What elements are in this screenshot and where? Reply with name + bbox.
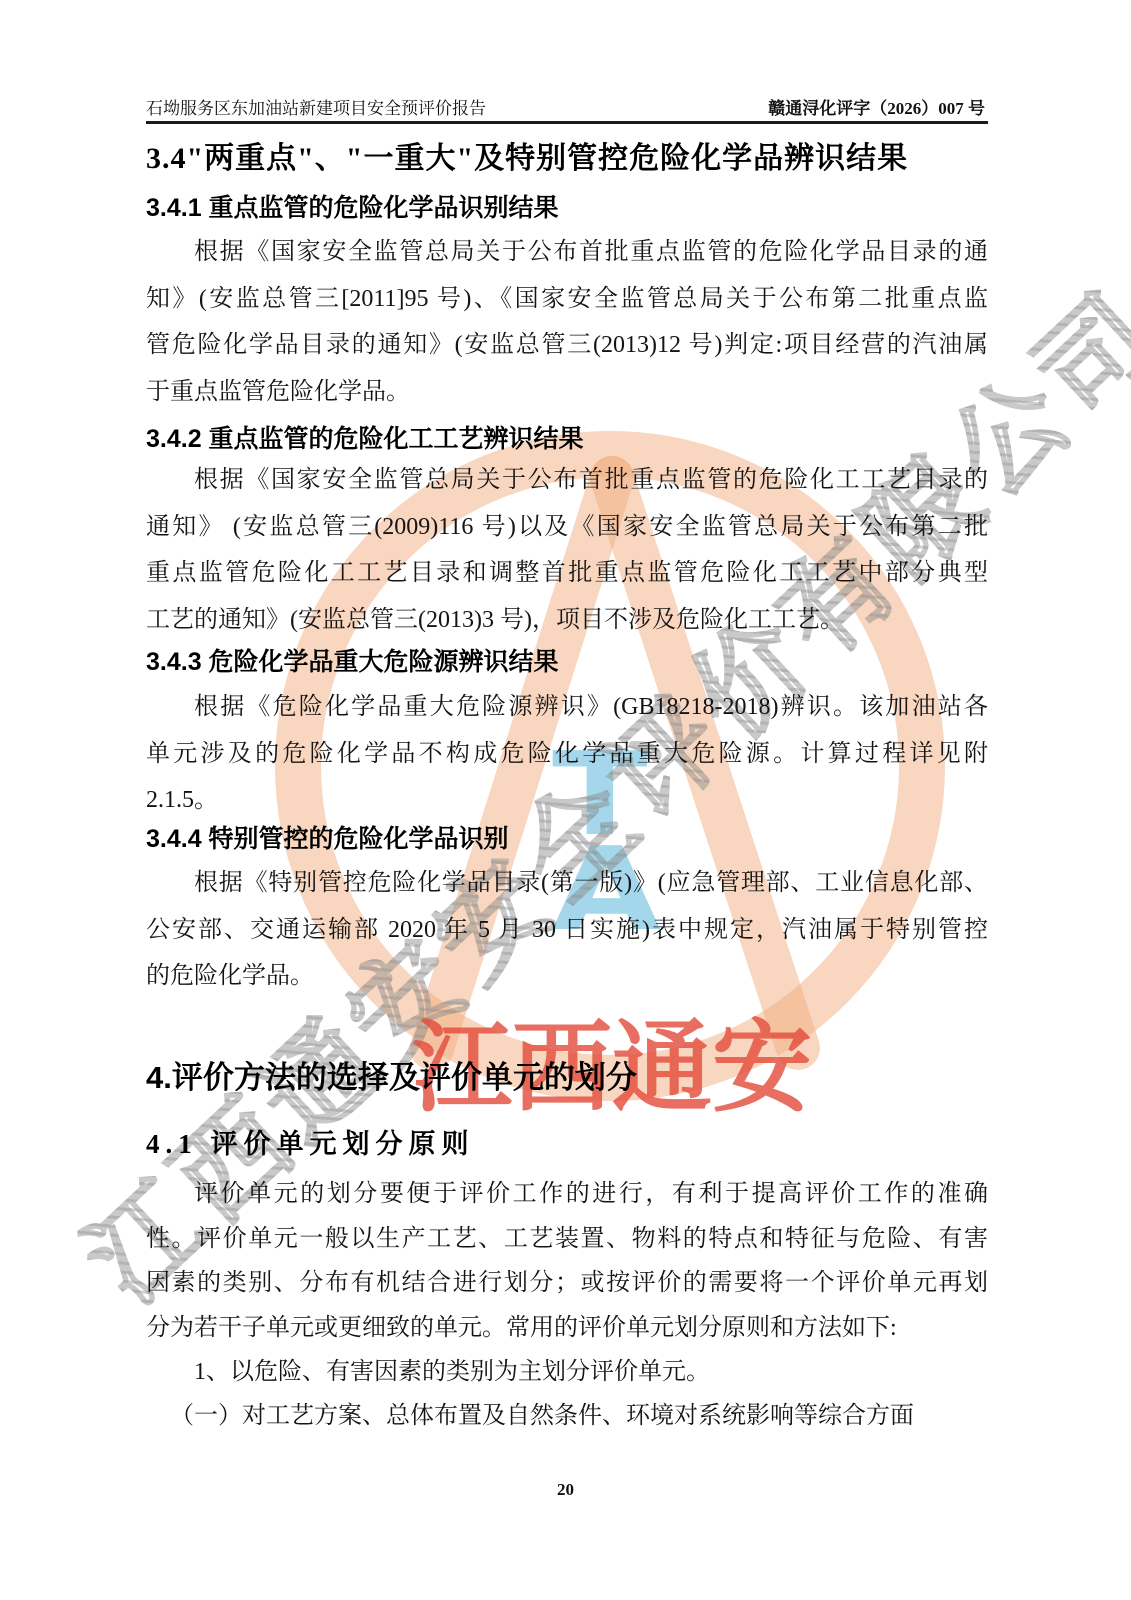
section-3-4-3-paragraph: 根据《危险化学品重大危险源辨识》(GB18218-2018)辨识。该加油站各单元… bbox=[146, 684, 988, 824]
section-4-1-title: 4.1 评价单元划分原则 bbox=[146, 1126, 475, 1162]
text-line: 性。评价单元一般以生产工艺、工艺装置、物料的特点和特征与危险、有害 bbox=[146, 1217, 988, 1262]
text-line: 公安部、交通运输部 2020 年 5 月 30 日实施)表中规定，汽油属于特别管… bbox=[146, 907, 988, 954]
text-line: 通知》 (安监总管三(2009)116 号)以及《国家安全监管总局关于公布第二批 bbox=[146, 504, 988, 551]
section-3-4-4-title: 3.4.4 特别管控的危险化学品识别 bbox=[146, 823, 509, 855]
text-line: 评价单元的划分要便于评价工作的进行，有利于提高评价工作的准确 bbox=[146, 1172, 988, 1217]
text-line: 管危险化学品目录的通知》(安监总管三(2013)12 号)判定:项目经营的汽油属 bbox=[146, 322, 988, 369]
text-line: 根据《国家安全监管总局关于公布首批重点监管的危险化学品目录的通 bbox=[146, 229, 988, 276]
section-3-4-2-title: 3.4.2 重点监管的危险化工工艺辨识结果 bbox=[146, 423, 584, 455]
section-3-4-3-title: 3.4.3 危险化学品重大危险源辨识结果 bbox=[146, 646, 559, 678]
text-line: 重点监管危险化工工艺目录和调整首批重点监管危险化工工艺中部分典型 bbox=[146, 550, 988, 597]
section-4-1-list-item-2: （一）对工艺方案、总体布置及自然条件、环境对系统影响等综合方面 bbox=[146, 1396, 988, 1436]
text-line: 2.1.5。 bbox=[146, 777, 988, 824]
text-line: 工艺的通知》(安监总管三(2013)3 号)，项目不涉及危险化工工艺。 bbox=[146, 597, 988, 644]
section-3-4-1-title: 3.4.1 重点监管的危险化学品识别结果 bbox=[146, 192, 559, 224]
section-4-1-list-item-1: 1、以危险、有害因素的类别为主划分评价单元。 bbox=[146, 1352, 988, 1392]
report-page: T A 江西通安安全评价有限公司 江西通安 石坳服务区东加油站新建项目安全预评价… bbox=[0, 0, 1131, 1600]
section-3-4-title: 3.4"两重点"、"一重大"及特别管控危险化学品辨识结果 bbox=[146, 140, 908, 178]
page-number: 20 bbox=[0, 1480, 1131, 1500]
section-3-4-2-paragraph: 根据《国家安全监管总局关于公布首批重点监管的危险化工工艺目录的通知》 (安监总管… bbox=[146, 457, 988, 643]
header-report-title: 石坳服务区东加油站新建项目安全预评价报告 bbox=[146, 98, 486, 120]
section-4-title: 4.评价方法的选择及评价单元的划分 bbox=[146, 1058, 637, 1098]
text-line: 根据《危险化学品重大危险源辨识》(GB18218-2018)辨识。该加油站各 bbox=[146, 684, 988, 731]
text-line: 的危险化学品。 bbox=[146, 953, 988, 1000]
header-document-code: 赣通浔化评字（2026）007 号 bbox=[768, 98, 985, 120]
text-line: 知》(安监总管三[2011]95 号)、《国家安全监管总局关于公布第二批重点监 bbox=[146, 276, 988, 323]
text-line: 于重点监管危险化学品。 bbox=[146, 369, 988, 416]
section-4-1-paragraph: 评价单元的划分要便于评价工作的进行，有利于提高评价工作的准确性。评价单元一般以生… bbox=[146, 1172, 988, 1350]
header-rule bbox=[146, 121, 988, 124]
text-line: 根据《特别管控危险化学品目录(第一版)》(应急管理部、工业信息化部、 bbox=[146, 860, 988, 907]
text-line: 单元涉及的危险化学品不构成危险化学品重大危险源。计算过程详见附 bbox=[146, 731, 988, 778]
text-line: 根据《国家安全监管总局关于公布首批重点监管的危险化工工艺目录的 bbox=[146, 457, 988, 504]
text-line: 因素的类别、分布有机结合进行划分；或按评价的需要将一个评价单元再划 bbox=[146, 1261, 988, 1306]
text-line: 分为若干子单元或更细致的单元。常用的评价单元划分原则和方法如下: bbox=[146, 1306, 988, 1351]
section-3-4-1-paragraph: 根据《国家安全监管总局关于公布首批重点监管的危险化学品目录的通知》(安监总管三[… bbox=[146, 229, 988, 415]
section-3-4-4-paragraph: 根据《特别管控危险化学品目录(第一版)》(应急管理部、工业信息化部、公安部、交通… bbox=[146, 860, 988, 1000]
